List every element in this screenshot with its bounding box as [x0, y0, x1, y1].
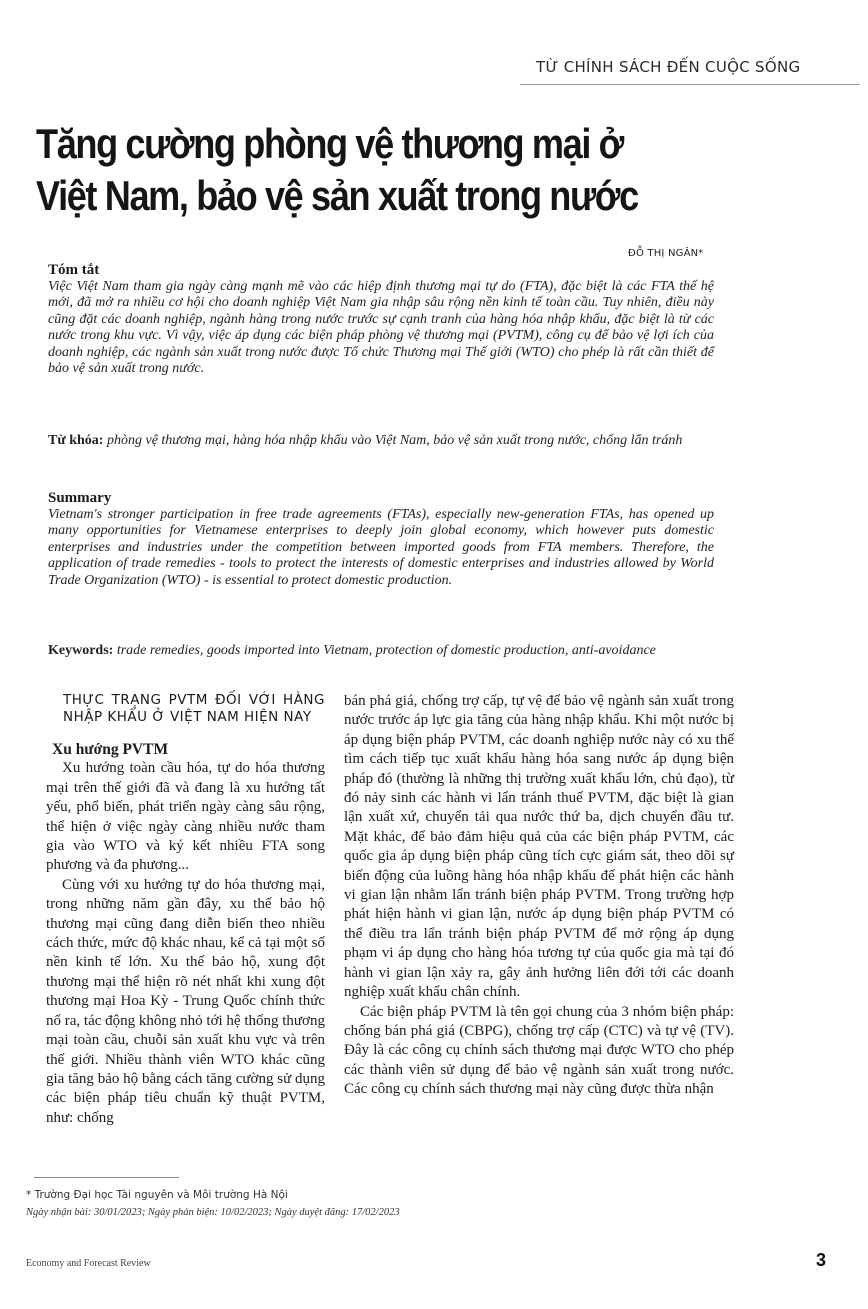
- author-name: ĐỖ THỊ NGÂN*: [628, 248, 704, 259]
- page-number: 3: [816, 1250, 826, 1271]
- abstract-vietnamese: Tóm tắt Việc Việt Nam tham gia ngày càng…: [48, 262, 714, 378]
- body-column-right: bán phá giá, chống trợ cấp, tự vệ để bảo…: [344, 692, 734, 1100]
- abstract-heading: Tóm tắt: [48, 262, 714, 279]
- paragraph: bán phá giá, chống trợ cấp, tự vệ để bảo…: [344, 692, 734, 1003]
- keywords-text: phòng vệ thương mại, hàng hóa nhập khẩu …: [107, 433, 682, 448]
- title-line-2: Việt Nam, bảo vệ sản xuất trong nước: [36, 170, 724, 222]
- section-heading: THỰC TRẠNG PVTM ĐỐI VỚI HÀNG NHẬP KHẨU Ở…: [46, 692, 325, 726]
- author-affiliation: * Trường Đại học Tài nguyên và Môi trườn…: [26, 1189, 288, 1201]
- header-rule: [520, 84, 860, 85]
- subsection-heading: Xu hướng PVTM: [46, 740, 325, 759]
- keywords-label: Từ khóa:: [48, 433, 103, 448]
- summary-text: Vietnam's stronger participation in free…: [48, 507, 714, 590]
- footnote-rule: [34, 1177, 179, 1178]
- publication-dates: Ngày nhận bài: 30/01/2023; Ngày phản biệ…: [26, 1207, 400, 1218]
- body-column-left: THỰC TRẠNG PVTM ĐỐI VỚI HÀNG NHẬP KHẨU Ở…: [46, 692, 325, 1128]
- summary-heading: Summary: [48, 490, 714, 507]
- abstract-text: Việc Việt Nam tham gia ngày càng mạnh mẽ…: [48, 279, 714, 378]
- keywords-label-en: Keywords:: [48, 643, 113, 658]
- keywords-text-en: trade remedies, goods imported into Viet…: [117, 643, 656, 658]
- abstract-english: Summary Vietnam's stronger participation…: [48, 490, 714, 589]
- paragraph: Cùng với xu hướng tự do hóa thương mại, …: [46, 876, 325, 1128]
- article-title: Tăng cường phòng vệ thương mại ở Việt Na…: [36, 118, 724, 222]
- keywords-vietnamese: Từ khóa: phòng vệ thương mại, hàng hóa n…: [48, 433, 714, 450]
- paragraph: Các biện pháp PVTM là tên gọi chung của …: [344, 1003, 734, 1100]
- keywords-english: Keywords: trade remedies, goods imported…: [48, 643, 714, 660]
- title-line-1: Tăng cường phòng vệ thương mại ở: [36, 118, 724, 170]
- journal-name: Economy and Forecast Review: [26, 1258, 151, 1269]
- running-head: TỪ CHÍNH SÁCH ĐẾN CUỘC SỐNG: [536, 58, 800, 76]
- paragraph: Xu hướng toàn cầu hóa, tự do hóa thương …: [46, 759, 325, 875]
